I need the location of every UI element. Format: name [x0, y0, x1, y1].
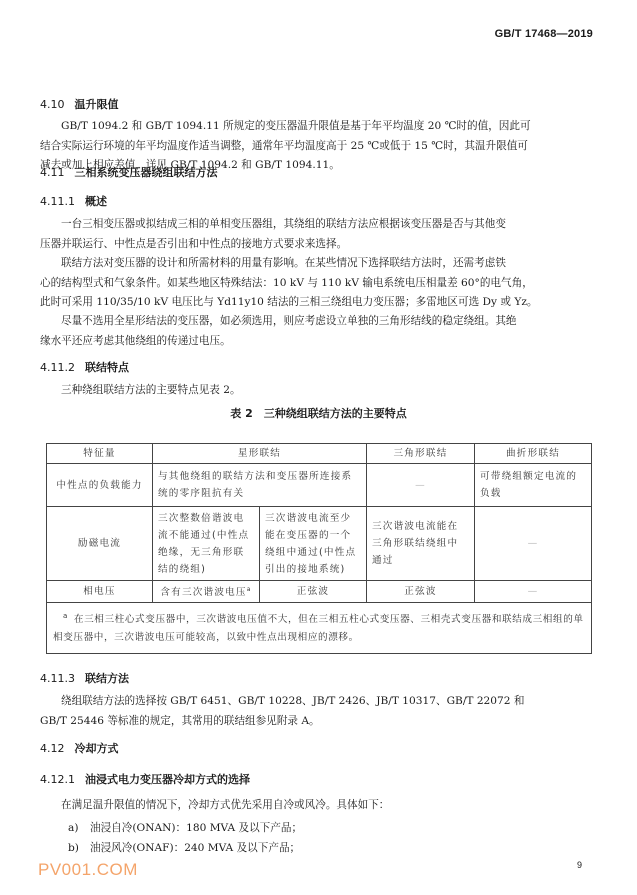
section-heading-4-11-3: 4.11.3联结方法 — [40, 670, 129, 686]
paragraph-overview-2: 联结方法对变压器的设计和所需材料的用量有影响。在某些情况下选择联结方法时，还需考… — [40, 254, 592, 313]
text-line: 压器并联运行、中性点是否引出和中性点的接地方式要求来选择。 — [40, 235, 592, 255]
cell-delta-excitation: 三次谐波电流能在三角形联结绕组中通过 — [367, 507, 475, 581]
section-heading-4-11-2: 4.11.2联结特点 — [40, 359, 129, 375]
section-number: 4.11.1 — [40, 195, 75, 208]
section-heading-4-11: 4.11三相系统变压器绕组联结方法 — [40, 164, 218, 180]
cell-star-a-excitation: 三次整数倍谐波电流不能通过(中性点绝缘，无三角形联结的绕组) — [153, 507, 260, 581]
text-line: 尽量不选用全星形结法的变压器，如必须选用，则应考虑设立单独的三角形结线的稳定绕组… — [40, 312, 592, 332]
section-title: 温升限值 — [75, 98, 119, 111]
footnote-text: 在三相三柱心式变压器中，三次谐波电压值不大，但在三相五柱心式变压器、三相壳式变压… — [53, 614, 584, 643]
standard-number: GB/T 17468—2019 — [495, 28, 593, 40]
table-row: 中性点的负载能力 与其他绕组的联结方法和变压器所连接系统的零序阻抗有关 — 可带… — [47, 464, 592, 507]
section-number: 4.12 — [40, 742, 65, 755]
section-number: 4.11.2 — [40, 361, 75, 374]
list-item: b)油浸风冷(ONAF)：240 MVA 及以下产品； — [68, 840, 300, 855]
row-label-phase-voltage: 相电压 — [47, 581, 153, 603]
text-line: 心的结构型式和气象条件。如某些地区特殊结法：10 kV 与 110 kV 输电系… — [40, 274, 592, 294]
table-footnote: a在三相三柱心式变压器中，三次谐波电压值不大，但在三相五柱心式变压器、三相壳式变… — [47, 603, 592, 654]
footnote-mark: a — [63, 612, 68, 620]
text-line: 在满足温升限值的情况下，冷却方式优先采用自冷或风冷。具体如下： — [40, 796, 592, 816]
cell-star-b-excitation: 三次谐波电流至少能在变压器的一个绕组中通过(中性点引出的接地系统) — [260, 507, 367, 581]
cell-star-neutral-load: 与其他绕组的联结方法和变压器所连接系统的零序阻抗有关 — [153, 464, 367, 507]
section-number: 4.11.3 — [40, 672, 75, 685]
list-text: 油浸风冷(ONAF)：240 MVA 及以下产品； — [90, 842, 300, 854]
section-title: 油浸式电力变压器冷却方式的选择 — [85, 773, 250, 786]
footnote-ref: a — [247, 586, 252, 593]
cell-zigzag-phase-voltage: — — [475, 581, 592, 603]
list-marker: a) — [68, 822, 90, 834]
section-heading-4-12-1: 4.12.1油浸式电力变压器冷却方式的选择 — [40, 771, 250, 787]
section-heading-4-11-1: 4.11.1概述 — [40, 193, 107, 209]
paragraph-overview-3: 尽量不选用全星形结法的变压器，如必须选用，则应考虑设立单独的三角形结线的稳定绕组… — [40, 312, 592, 351]
section-number: 4.10 — [40, 98, 65, 111]
paragraph-overview-1: 一台三相变压器或拟结成三相的单相变压器组，其绕组的联结方法应根据该变压器是否与其… — [40, 215, 592, 254]
text-line: 联结方法对变压器的设计和所需材料的用量有影响。在某些情况下选择联结方法时，还需考… — [40, 254, 592, 274]
connection-methods-table: 特征量 星形联结 三角形联结 曲折形联结 中性点的负载能力 与其他绕组的联结方法… — [46, 443, 592, 654]
cell-star-b-phase-voltage: 正弦波 — [260, 581, 367, 603]
paragraph-characteristics: 三种绕组联结方法的主要特点见表 2。 — [40, 381, 592, 401]
table-row: 励磁电流 三次整数倍谐波电流不能通过(中性点绝缘，无三角形联结的绕组) 三次谐波… — [47, 507, 592, 581]
table-title: 表 2 三种绕组联结方法的主要特点 — [0, 405, 637, 421]
cell-zigzag-excitation: — — [475, 507, 592, 581]
row-label-excitation: 励磁电流 — [47, 507, 153, 581]
text-line: GB/T 1094.2 和 GB/T 1094.11 所规定的变压器温升限值是基… — [40, 117, 592, 137]
text-line: 一台三相变压器或拟结成三相的单相变压器组，其绕组的联结方法应根据该变压器是否与其… — [40, 215, 592, 235]
list-text: 油浸自冷(ONAN)：180 MVA 及以下产品； — [90, 822, 302, 834]
page-number: 9 — [577, 860, 582, 870]
table-row: 相电压 含有三次谐波电压a 正弦波 正弦波 — — [47, 581, 592, 603]
table-header-row: 特征量 星形联结 三角形联结 曲折形联结 — [47, 444, 592, 464]
watermark-logo: PV001.COM — [38, 860, 138, 880]
table-footnote-row: a在三相三柱心式变压器中，三次谐波电压值不大，但在三相五柱心式变压器、三相壳式变… — [47, 603, 592, 654]
text-line: 此时可采用 110/35/10 kV 电压比与 Yd11y10 结法的三相三绕组… — [40, 293, 592, 313]
header-cell-delta: 三角形联结 — [367, 444, 475, 464]
paragraph-cooling-intro: 在满足温升限值的情况下，冷却方式优先采用自冷或风冷。具体如下： — [40, 796, 592, 816]
row-label-neutral-load: 中性点的负载能力 — [47, 464, 153, 507]
section-title: 冷却方式 — [75, 742, 119, 755]
section-number: 4.11 — [40, 166, 65, 179]
section-title: 概述 — [85, 195, 107, 208]
list-marker: b) — [68, 842, 90, 854]
section-title: 三相系统变压器绕组联结方法 — [75, 166, 218, 179]
cell-delta-phase-voltage: 正弦波 — [367, 581, 475, 603]
cell-delta-neutral-load: — — [367, 464, 475, 507]
section-heading-4-10: 4.10温升限值 — [40, 96, 119, 112]
text-line: 三种绕组联结方法的主要特点见表 2。 — [40, 381, 592, 401]
section-heading-4-12: 4.12冷却方式 — [40, 740, 119, 756]
section-title: 联结特点 — [85, 361, 129, 374]
section-title: 联结方法 — [85, 672, 129, 685]
text-line: 绕组联结方法的选择按 GB/T 6451、GB/T 10228、JB/T 242… — [40, 692, 592, 712]
text-line: 结合实际运行环境的年平均温度作适当调整，通常年平均温度高于 25 ℃或低于 15… — [40, 137, 592, 157]
cell-star-a-phase-voltage: 含有三次谐波电压a — [153, 581, 260, 603]
header-cell-zigzag: 曲折形联结 — [475, 444, 592, 464]
cell-text: 含有三次谐波电压 — [160, 588, 246, 599]
cell-zigzag-neutral-load: 可带绕组额定电流的负载 — [475, 464, 592, 507]
paragraph-connection-methods: 绕组联结方法的选择按 GB/T 6451、GB/T 10228、JB/T 242… — [40, 692, 592, 731]
text-line: 缘水平还应考虑其他绕组的传递过电压。 — [40, 332, 592, 352]
header-cell-characteristic: 特征量 — [47, 444, 153, 464]
text-line: GB/T 25446 等标准的规定，其常用的联结组参见附录 A。 — [40, 712, 592, 732]
list-item: a)油浸自冷(ONAN)：180 MVA 及以下产品； — [68, 820, 302, 835]
header-cell-star: 星形联结 — [153, 444, 367, 464]
section-number: 4.12.1 — [40, 773, 75, 786]
